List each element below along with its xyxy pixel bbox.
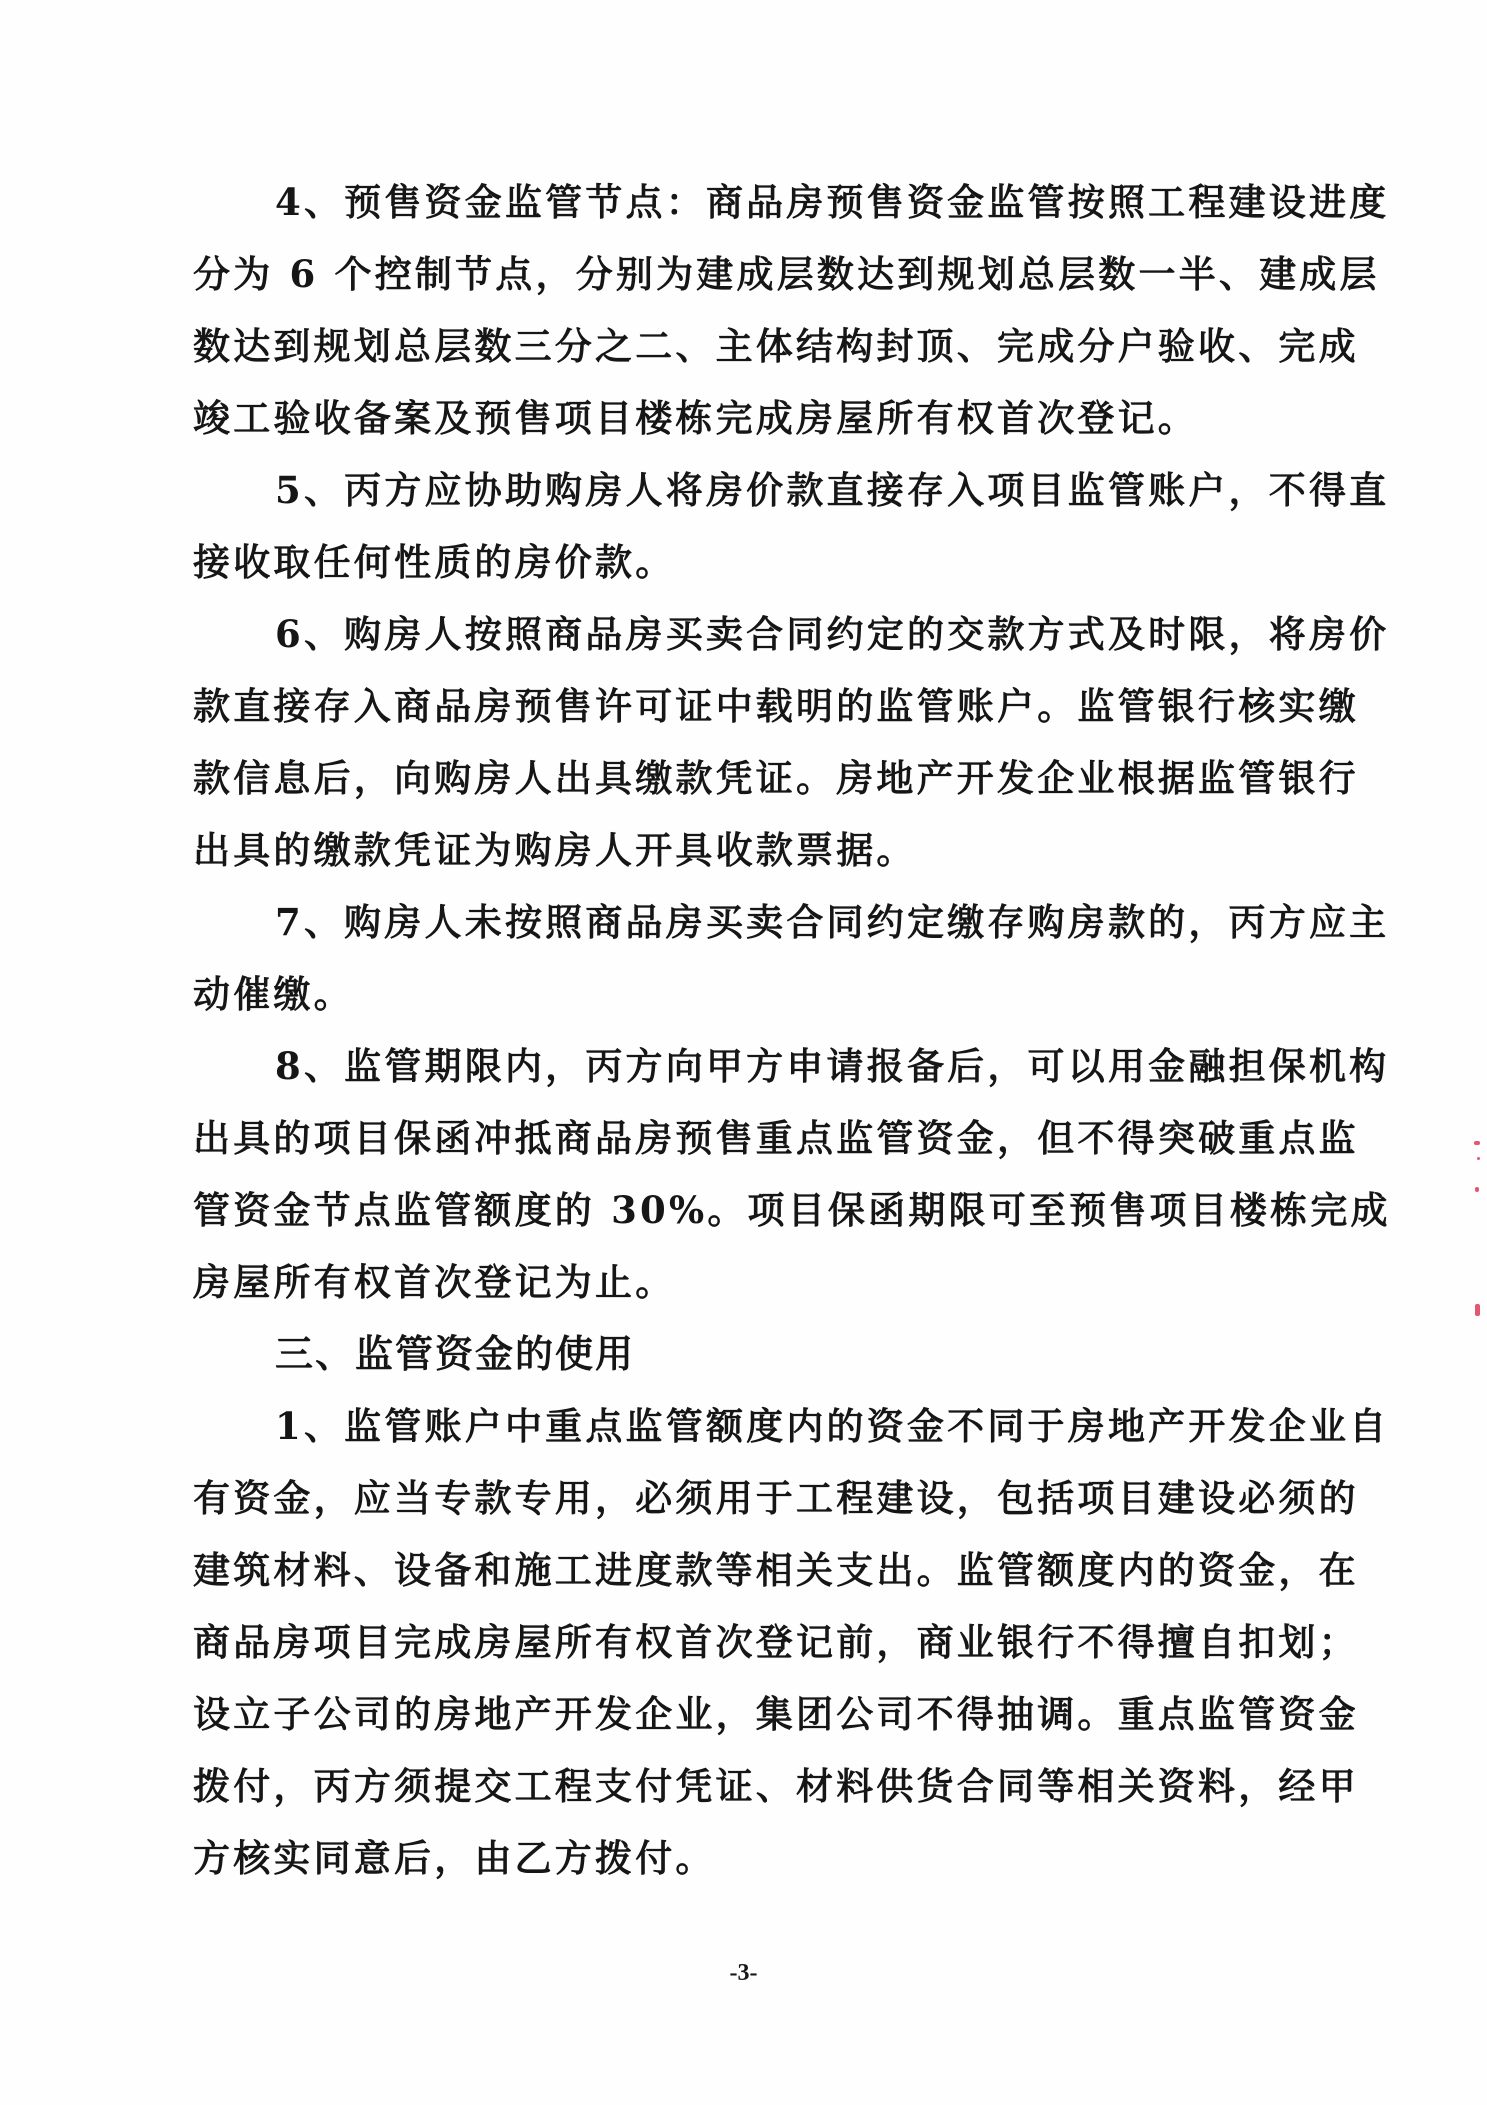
text-line: 接收取任何性质的房价款。 bbox=[193, 526, 1293, 598]
document-page: 4、预售资金监管节点：商品房预售资金监管按照工程建设进度 分为 6 个控制节点，… bbox=[0, 0, 1487, 2105]
paragraph-4: 4、预售资金监管节点：商品房预售资金监管按照工程建设进度 分为 6 个控制节点，… bbox=[193, 166, 1293, 454]
text-line: 有资金，应当专款专用，必须用于工程建设，包括项目建设必须的 bbox=[193, 1462, 1293, 1534]
seal-edge-mark bbox=[1474, 1141, 1480, 1145]
seal-edge-mark bbox=[1475, 1304, 1480, 1316]
section-3-paragraph-1: 1、监管账户中重点监管额度内的资金不同于房地产开发企业自 有资金，应当专款专用，… bbox=[193, 1390, 1293, 1894]
text-line: 设立子公司的房地产开发企业，集团公司不得抽调。重点监管资金 bbox=[193, 1678, 1293, 1750]
text-line: 5、丙方应协助购房人将房价款直接存入项目监管账户，不得直 bbox=[193, 454, 1293, 526]
text-line: 1、监管账户中重点监管额度内的资金不同于房地产开发企业自 bbox=[193, 1390, 1293, 1462]
seal-edge-mark bbox=[1475, 1187, 1479, 1192]
text-line: 竣工验收备案及预售项目楼栋完成房屋所有权首次登记。 bbox=[193, 382, 1293, 454]
text-line: 款信息后，向购房人出具缴款凭证。房地产开发企业根据监管银行 bbox=[193, 742, 1293, 814]
text-line: 拨付，丙方须提交工程支付凭证、材料供货合同等相关资料，经甲 bbox=[193, 1750, 1293, 1822]
text-line: 款直接存入商品房预售许可证中载明的监管账户。监管银行核实缴 bbox=[193, 670, 1293, 742]
seal-edge-mark bbox=[1477, 1157, 1480, 1160]
text-line: 数达到规划总层数三分之二、主体结构封顶、完成分户验收、完成 bbox=[193, 310, 1293, 382]
page-number: -3- bbox=[0, 1960, 1487, 1987]
text-line: 方核实同意后，由乙方拨付。 bbox=[193, 1822, 1293, 1894]
text-line: 7、购房人未按照商品房买卖合同约定缴存购房款的，丙方应主 bbox=[193, 886, 1293, 958]
paragraph-6: 6、购房人按照商品房买卖合同约定的交款方式及时限，将房价 款直接存入商品房预售许… bbox=[193, 598, 1293, 886]
text-line: 管资金节点监管额度的 30%。项目保函期限可至预售项目楼栋完成 bbox=[193, 1174, 1293, 1246]
text-line: 6、购房人按照商品房买卖合同约定的交款方式及时限，将房价 bbox=[193, 598, 1293, 670]
text-line: 房屋所有权首次登记为止。 bbox=[193, 1246, 1293, 1318]
text-line: 出具的项目保函冲抵商品房预售重点监管资金，但不得突破重点监 bbox=[193, 1102, 1293, 1174]
paragraph-5: 5、丙方应协助购房人将房价款直接存入项目监管账户，不得直 接收取任何性质的房价款… bbox=[193, 454, 1293, 598]
text-line: 4、预售资金监管节点：商品房预售资金监管按照工程建设进度 bbox=[193, 166, 1293, 238]
paragraph-7: 7、购房人未按照商品房买卖合同约定缴存购房款的，丙方应主 动催缴。 bbox=[193, 886, 1293, 1030]
text-line: 建筑材料、设备和施工进度款等相关支出。监管额度内的资金，在 bbox=[193, 1534, 1293, 1606]
document-body: 4、预售资金监管节点：商品房预售资金监管按照工程建设进度 分为 6 个控制节点，… bbox=[193, 166, 1293, 1894]
text-line: 8、监管期限内，丙方向甲方申请报备后，可以用金融担保机构 bbox=[193, 1030, 1293, 1102]
text-line: 出具的缴款凭证为购房人开具收款票据。 bbox=[193, 814, 1293, 886]
paragraph-8: 8、监管期限内，丙方向甲方申请报备后，可以用金融担保机构 出具的项目保函冲抵商品… bbox=[193, 1030, 1293, 1318]
text-line: 商品房项目完成房屋所有权首次登记前，商业银行不得擅自扣划； bbox=[193, 1606, 1293, 1678]
text-line: 动催缴。 bbox=[193, 958, 1293, 1030]
text-line: 分为 6 个控制节点，分别为建成层数达到规划总层数一半、建成层 bbox=[193, 238, 1293, 310]
section-heading: 三、监管资金的使用 bbox=[193, 1318, 1293, 1390]
